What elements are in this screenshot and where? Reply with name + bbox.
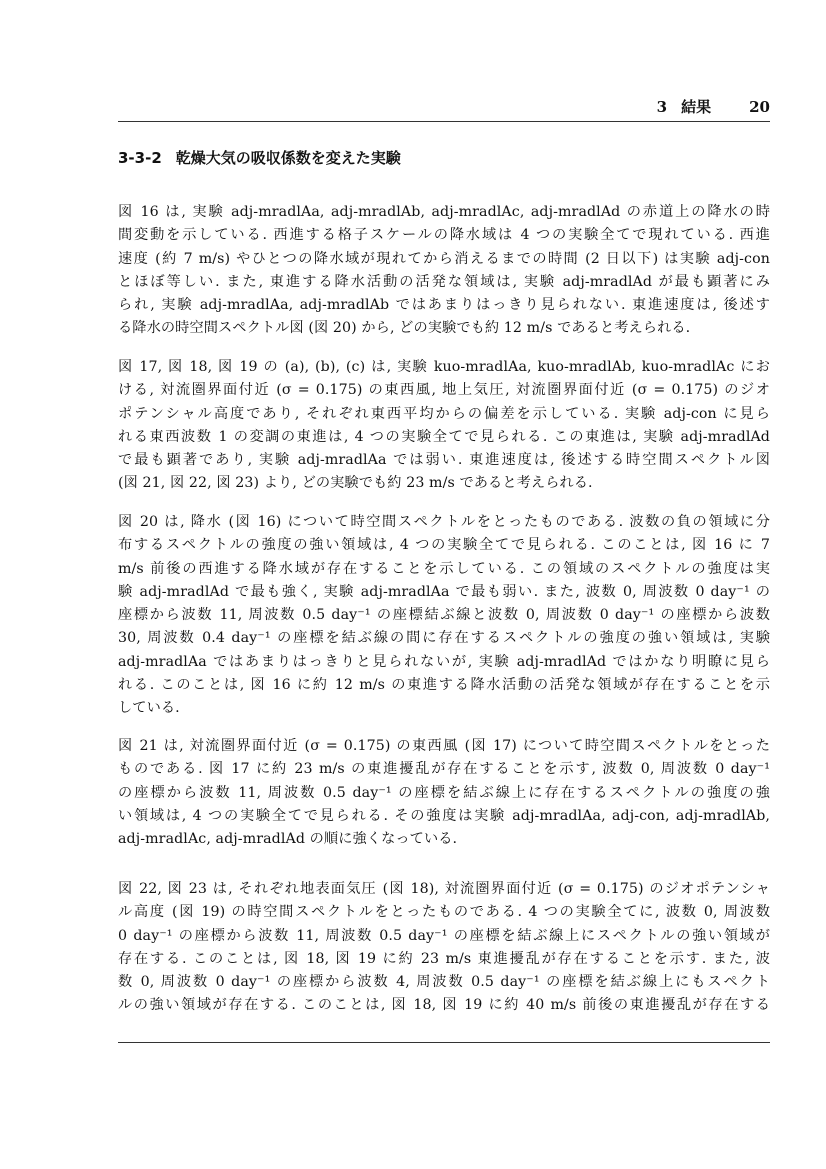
text-line: ものである. 図 17 に約 23 m/s の東進擾乱が存在することを示す, 波…	[118, 758, 770, 781]
subsection-title: 乾燥大気の吸収係数を変えた実験	[176, 149, 401, 167]
text-line: ル高度 (図 19) の時空間スペクトルをとったものである. 4 つの実験全てに…	[118, 901, 770, 924]
text-line: 間変動を示している. 西進する格子スケールの降水域は 4 つの実験全てで現れてい…	[118, 224, 770, 247]
text-line: れる. このことは, 図 16 に約 12 m/s の東進する降水活動の活発な領…	[118, 674, 770, 697]
text-line: られ, 実験 adj-mradlAa, adj-mradlAb ではあまりはっき…	[118, 294, 770, 317]
paragraph-3: 図 20 は, 降水 (図 16) について時空間スペクトルをとったものである.…	[118, 511, 770, 721]
text-line: (図 21, 図 22, 図 23) より, どの実験でも約 23 m/s であ…	[118, 472, 770, 495]
text-line: い領域は, 4 つの実験全てで見られる. その強度は実験 adj-mradlAa…	[118, 805, 770, 828]
text-line: 座標から波数 11, 周波数 0.5 day⁻¹ の座標結ぶ線と波数 0, 周波…	[118, 604, 770, 627]
header-section-number: 3	[657, 98, 667, 116]
text-line: の座標から波数 11, 周波数 0.5 day⁻¹ の座標を結ぶ線上に存在するス…	[118, 782, 770, 805]
text-line: 験 adj-mradlAd で最も強く, 実験 adj-mradlAa で最も弱…	[118, 581, 770, 604]
footer-rule	[118, 1042, 770, 1043]
paragraph-5: 図 22, 図 23 は, それぞれ地表面気圧 (図 18), 対流圏界面付近 …	[118, 878, 770, 1018]
text-line: 図 21 は, 対流圏界面付近 (σ = 0.175) の東西風 (図 17) …	[118, 735, 770, 758]
text-line: れる東西波数 1 の変調の東進は, 4 つの実験全てで見られる. この東進は, …	[118, 426, 770, 449]
paragraph-1: 図 16 は, 実験 adj-mradlAa, adj-mradlAb, adj…	[118, 201, 770, 341]
text-line: 図 16 は, 実験 adj-mradlAa, adj-mradlAb, adj…	[118, 201, 770, 224]
text-line: 数 0, 周波数 0 day⁻¹ の座標から波数 4, 周波数 0.5 day⁻…	[118, 971, 770, 994]
header-section-title: 結果	[681, 96, 711, 117]
subsection-number: 3-3-2	[118, 149, 162, 167]
text-line: ルの強い領域が存在する. このことは, 図 18, 図 19 に約 40 m/s…	[118, 994, 770, 1017]
page-number: 20	[749, 98, 770, 116]
text-line: で最も顕著であり, 実験 adj-mradlAa では弱い. 東進速度は, 後述…	[118, 449, 770, 472]
text-line: ける, 対流圏界面付近 (σ = 0.175) の東西風, 地上気圧, 対流圏界…	[118, 379, 770, 402]
subsection-heading: 3-3-2乾燥大気の吸収係数を変えた実験	[118, 147, 401, 168]
text-line: る降水の時空間スペクトル図 (図 20) から, どの実験でも約 12 m/s …	[118, 317, 770, 340]
paragraph-2: 図 17, 図 18, 図 19 の (a), (b), (c) は, 実験 k…	[118, 356, 770, 496]
text-line: 布するスペクトルの強度の強い領域は, 4 つの実験全てで見られる. このことは,…	[118, 534, 770, 557]
text-line: 図 22, 図 23 は, それぞれ地表面気圧 (図 18), 対流圏界面付近 …	[118, 878, 770, 901]
text-line: 存在する. このことは, 図 18, 図 19 に約 23 m/s 東進擾乱が存…	[118, 948, 770, 971]
text-line: 30, 周波数 0.4 day⁻¹ の座標を結ぶ線の間に存在するスペクトルの強度…	[118, 627, 770, 650]
text-line: 速度 (約 7 m/s) やひとつの降水域が現れてから消えるまでの時間 (2 日…	[118, 248, 770, 271]
text-line: している.	[118, 697, 770, 720]
text-line: 図 17, 図 18, 図 19 の (a), (b), (c) は, 実験 k…	[118, 356, 770, 379]
text-line: adj-mradlAa ではあまりはっきりと見られないが, 実験 adj-mra…	[118, 651, 770, 674]
paragraph-4: 図 21 は, 対流圏界面付近 (σ = 0.175) の東西風 (図 17) …	[118, 735, 770, 851]
text-line: adj-mradlAc, adj-mradlAd の順に強くなっている.	[118, 828, 770, 851]
text-line: m/s 前後の西進する降水域が存在することを示している. この領域のスペクトルの…	[118, 558, 770, 581]
running-head: 3 結果 20	[118, 96, 770, 118]
text-line: とほぼ等しい. また, 東進する降水活動の活発な領域は, 実験 adj-mrad…	[118, 271, 770, 294]
text-line: 図 20 は, 降水 (図 16) について時空間スペクトルをとったものである.…	[118, 511, 770, 534]
text-line: ポテンシャル高度であり, それぞれ東西平均からの偏差を示している. 実験 adj…	[118, 403, 770, 426]
text-line: 0 day⁻¹ の座標から波数 11, 周波数 0.5 day⁻¹ の座標を結ぶ…	[118, 925, 770, 948]
header-rule	[118, 121, 770, 122]
